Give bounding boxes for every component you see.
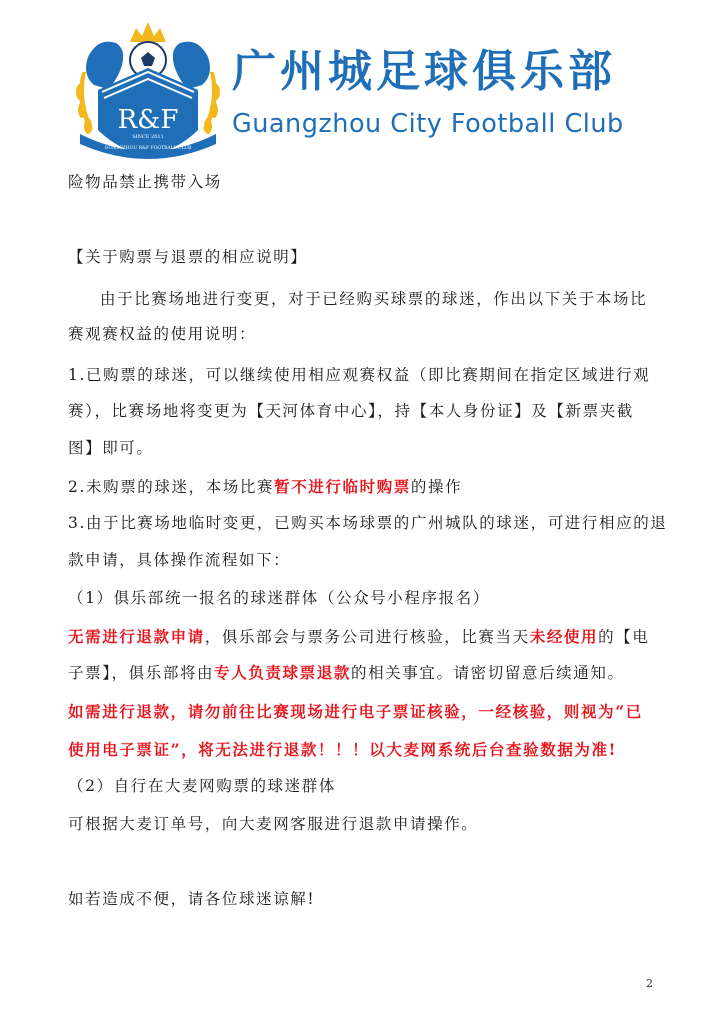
warning-text: 如需进行退款，请勿前往比赛现场进行电子票证核验，一经核验，则视为“已 xyxy=(68,704,643,720)
section-heading: 【关于购票与退票的相应说明】 xyxy=(68,250,307,266)
text-span: 子票】，俱乐部将由 xyxy=(68,664,214,682)
warning-text: 使用电子票证”，将无法进行退款！！！以大麦网系统后台查验数据为准! xyxy=(68,742,617,758)
club-name-cn: 广州城足球俱乐部 xyxy=(232,50,616,94)
text-span: 的相关事宜。请密切留意后续通知。 xyxy=(351,664,625,682)
text-line: 1.已购票的球迷，可以继续使用相应观赛权益（即比赛期间在指定区域进行观 xyxy=(68,368,650,384)
text-line: 可根据大麦订单号，向大麦网客服进行退款申请操作。 xyxy=(68,817,478,833)
text-line: （2）自行在大麦网购票的球迷群体 xyxy=(68,779,336,795)
text-span: ，俱乐部会与票务公司进行核验，比赛当天 xyxy=(205,628,530,646)
text-line: 赛），比赛场地将变更为【天河体育中心】，持【本人身份证】及【新票夹截 xyxy=(68,404,634,420)
rf-crest-logo-icon: R&F SINCE 2011 GUANGZHOU R&F FOOTBALL CL… xyxy=(68,12,228,162)
text-line: 子票】，俱乐部将由专人负责球票退款的相关事宜。请密切留意后续通知。 xyxy=(68,665,625,682)
letterhead: R&F SINCE 2011 GUANGZHOU R&F FOOTBALL CL… xyxy=(68,12,668,162)
svg-text:SINCE 2011: SINCE 2011 xyxy=(132,134,164,140)
text-line: 图】即可。 xyxy=(68,441,154,457)
text-line: 无需进行退款申请，俱乐部会与票务公司进行核验，比赛当天未经使用的【电 xyxy=(68,629,649,646)
svg-text:GUANGZHOU R&F FOOTBALL CLUB: GUANGZHOU R&F FOOTBALL CLUB xyxy=(105,145,192,151)
highlight-text: 专人负责球票退款 xyxy=(214,663,351,682)
text-line: 险物品禁止携带入场 xyxy=(68,175,222,191)
text-line: 2.未购票的球迷，本场比赛暂不进行临时购票的操作 xyxy=(68,479,462,496)
text-line: 3.由于比赛场地临时变更，已购买本场球票的广州城队的球迷，可进行相应的退 xyxy=(68,516,667,532)
text-line: （1）俱乐部统一报名的球迷群体（公众号小程序报名） xyxy=(68,591,490,607)
highlight-text: 未经使用 xyxy=(530,627,598,646)
page-number: 2 xyxy=(646,977,653,990)
club-name-en: Guangzhou City Football Club xyxy=(232,112,624,138)
closing-text: 如若造成不便，请各位球迷谅解! xyxy=(68,892,315,908)
text-span: 的操作 xyxy=(411,478,462,496)
text-line: 赛观赛权益的使用说明： xyxy=(68,327,256,343)
text-span: 2.未购票的球迷，本场比赛 xyxy=(68,478,274,496)
text-span: 的【电 xyxy=(598,628,649,646)
highlight-text: 暂不进行临时购票 xyxy=(274,477,411,496)
svg-text:R&F: R&F xyxy=(118,105,179,135)
highlight-text: 无需进行退款申请 xyxy=(68,627,205,646)
text-line: 款申请，具体操作流程如下： xyxy=(68,553,290,569)
text-line: 由于比赛场地进行变更，对于已经购买球票的球迷，作出以下关于本场比 xyxy=(100,292,647,308)
